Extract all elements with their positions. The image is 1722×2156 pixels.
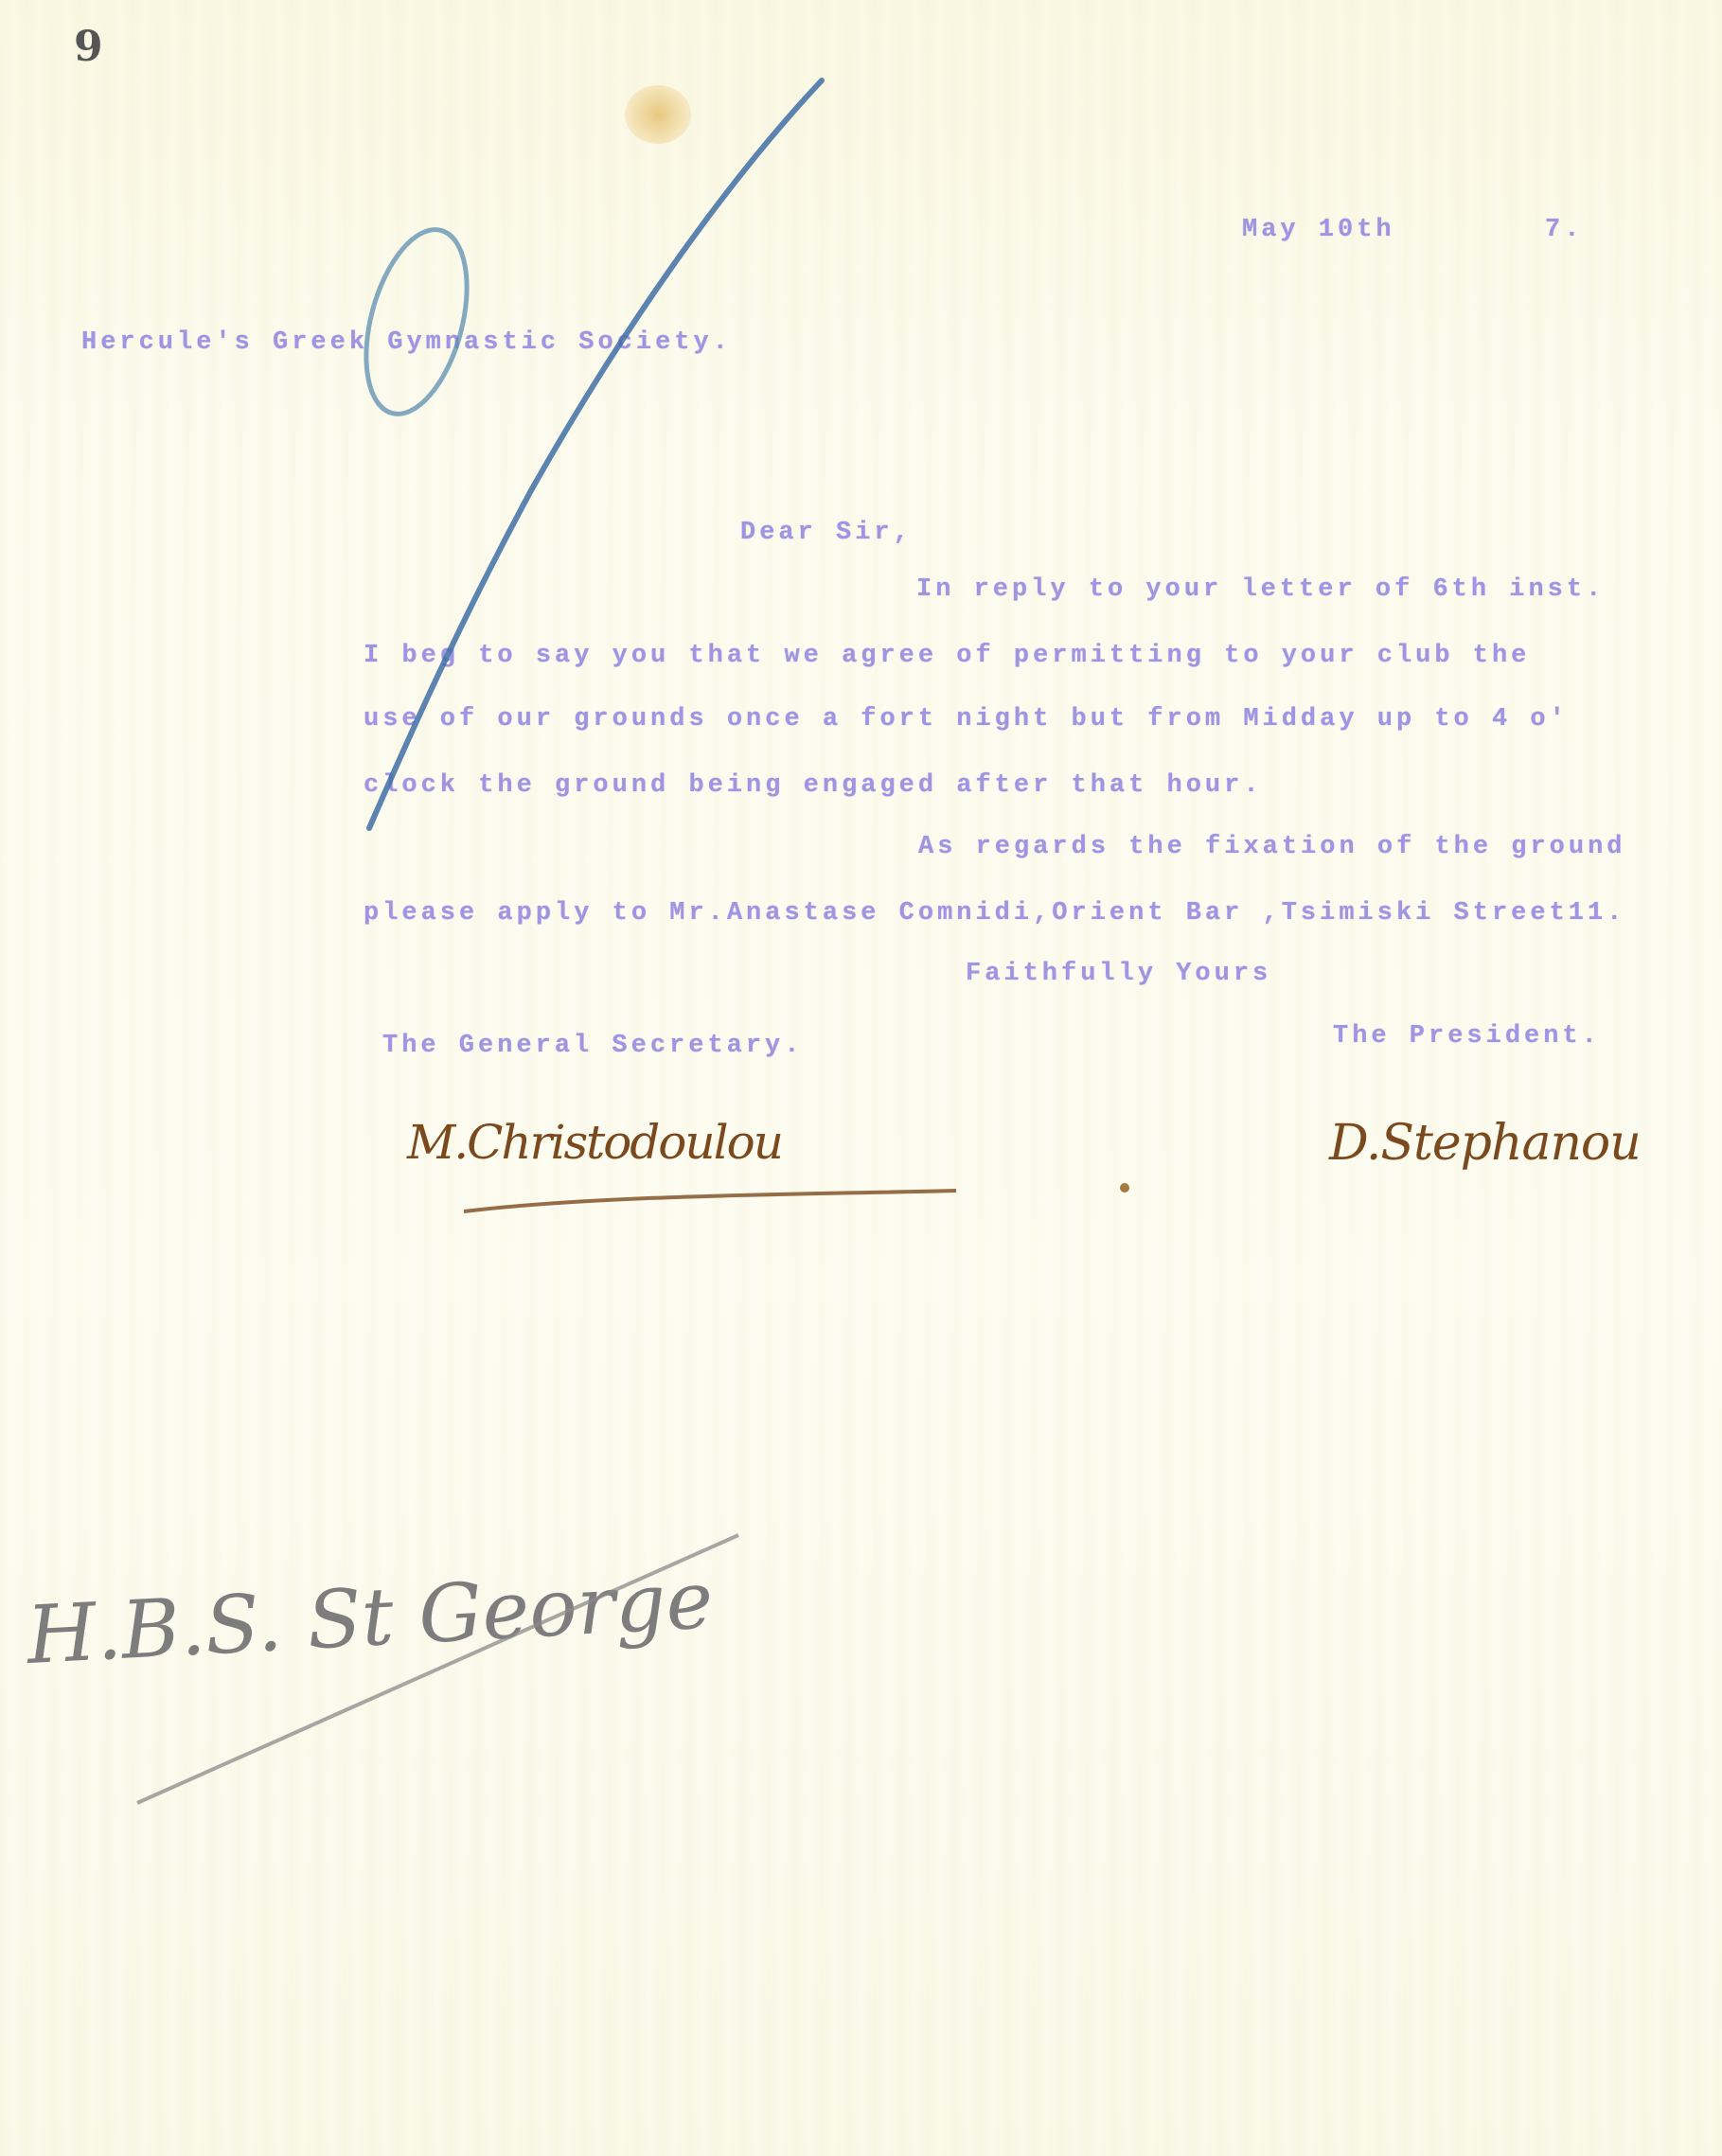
general-secretary-title: The General Secretary.	[382, 1032, 803, 1060]
secretary-signature: M.Christodoulou	[407, 1115, 782, 1170]
president-signature: D.Stephanou	[1329, 1115, 1641, 1172]
recipient-line: Hercule's Greek Gymnastic Society.	[81, 328, 732, 357]
page-number-stamp: 9	[74, 23, 103, 71]
body-line-5: As regards the fixation of the ground	[918, 833, 1626, 861]
closing: Faithfully Yours	[966, 960, 1271, 988]
salutation: Dear Sir,	[740, 519, 913, 547]
paper-background	[0, 0, 1722, 2156]
president-title: The President.	[1333, 1022, 1601, 1051]
body-line-6: please apply to Mr.Anastase Comnidi,Orie…	[364, 899, 1625, 928]
date-year-suffix: 7.	[1545, 216, 1583, 244]
stain-mark	[625, 85, 691, 144]
body-line-2: I beg to say you that we agree of permit…	[364, 642, 1530, 670]
body-line-4: clock the ground being engaged after tha…	[364, 771, 1263, 800]
body-line-1: In reply to your letter of 6th inst.	[916, 575, 1605, 604]
ink-dot	[1120, 1183, 1129, 1193]
date-text: May 10th	[1242, 216, 1395, 244]
body-line-3: use of our grounds once a fort night but…	[364, 705, 1569, 733]
